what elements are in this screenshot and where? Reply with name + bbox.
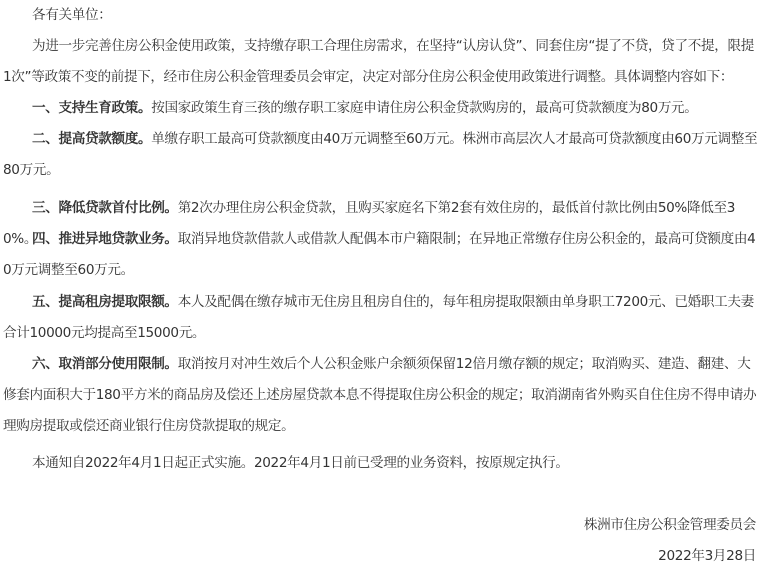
item-4-heading: 四、推进异地贷款业务。 — [32, 231, 178, 247]
effective-paragraph: 本通知自2022年4月1日起正式实施。2022年4月1日前已受理的业务资料，按原… — [3, 448, 758, 479]
item-5-paragraph: 五、提高租房提取限额。本人及配偶在缴存城市无住房且租房自住的，每年租房提取限额由… — [3, 287, 758, 349]
item-4-paragraph: 四、推进异地贷款业务。取消异地贷款借款人或借款人配偶本市户籍限制；在异地正常缴存… — [3, 224, 758, 286]
item-1-paragraph: 一、支持生育政策。按国家政策生育三孩的缴存职工家庭申请住房公积金贷款购房的，最高… — [3, 93, 758, 124]
item-1-heading: 一、支持生育政策。 — [32, 100, 151, 116]
item-3-heading: 三、降低贷款首付比例。 — [32, 200, 178, 216]
item-2-paragraph: 二、提高贷款额度。单缴存职工最高可贷款额度由40万元调整至60万元。株洲市高层次… — [3, 124, 758, 186]
item-5-heading: 五、提高租房提取限额。 — [32, 294, 178, 310]
salutation: 各有关单位： — [3, 0, 758, 31]
item-2-heading: 二、提高贷款额度。 — [32, 131, 151, 147]
item-6-heading: 六、取消部分使用限制。 — [32, 356, 178, 372]
item-1-body: 按国家政策生育三孩的缴存职工家庭申请住房公积金贷款购房的，最高可贷款额度为80万… — [151, 100, 697, 116]
item-6-paragraph: 六、取消部分使用限制。取消按月对冲生效后个人公积金账户余额须保留12倍月缴存额的… — [3, 349, 758, 442]
issue-date: 2022年3月28日 — [658, 541, 756, 569]
intro-paragraph: 为进一步完善住房公积金使用政策，支持缴存职工合理住房需求，在坚持“认房认贷”、同… — [3, 31, 758, 93]
issuer-signature: 株洲市住房公积金管理委员会 — [584, 510, 756, 541]
